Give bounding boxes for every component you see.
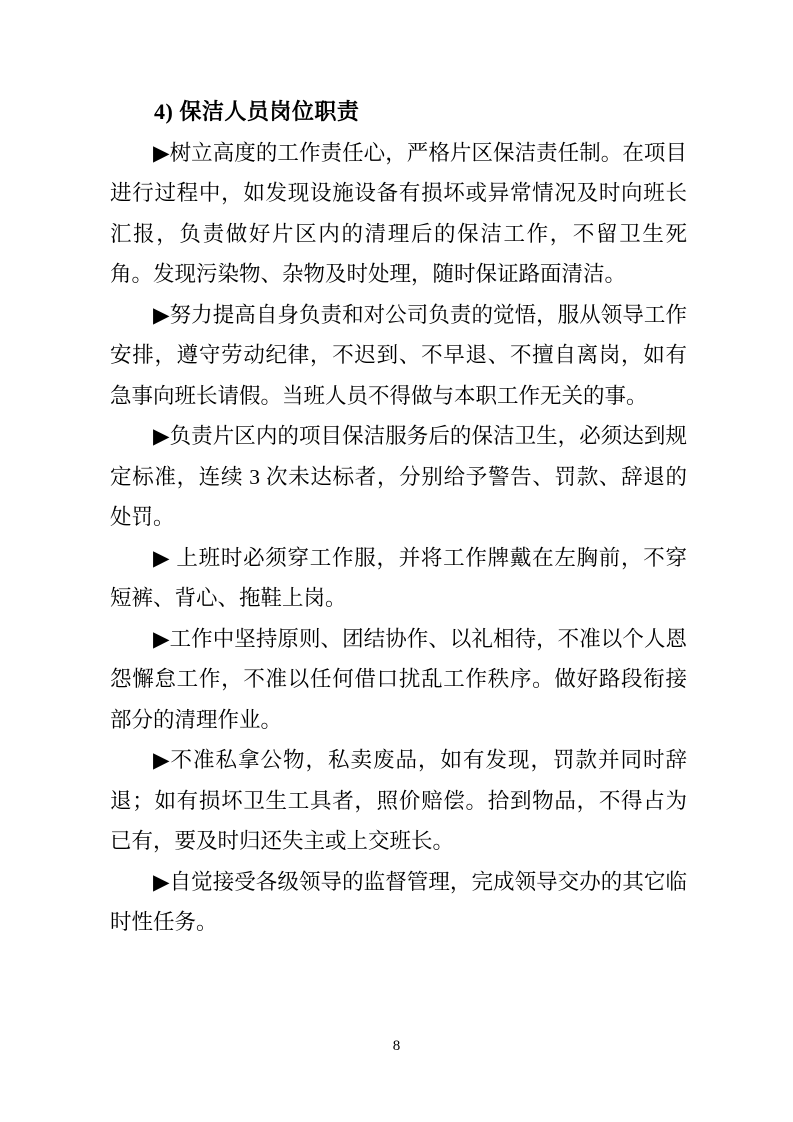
document-body: 4) 保洁人员岗位职责 ▶树立高度的工作责任心，严格片区保洁责任制。在项目进行过… bbox=[110, 92, 687, 943]
paragraph: ▶不准私拿公物，私卖废品，如有发现，罚款并同时辞退；如有损坏卫生工具者，照价赔偿… bbox=[110, 740, 687, 862]
section-heading: 4) 保洁人员岗位职责 bbox=[110, 92, 687, 133]
paragraph: ▶负责片区内的项目保洁服务后的保洁卫生，必须达到规定标准，连续 3 次未达标者，… bbox=[110, 416, 687, 538]
paragraph: ▶工作中坚持原则、团结协作、以礼相待，不准以个人恩怨懈怠工作，不准以任何借口扰乱… bbox=[110, 619, 687, 741]
paragraph: ▶努力提高自身负责和对公司负责的觉悟，服从领导工作安排，遵守劳动纪律，不迟到、不… bbox=[110, 295, 687, 417]
document-page: 4) 保洁人员岗位职责 ▶树立高度的工作责任心，严格片区保洁责任制。在项目进行过… bbox=[0, 0, 793, 1122]
paragraph: ▶树立高度的工作责任心，严格片区保洁责任制。在项目进行过程中，如发现设施设备有损… bbox=[110, 133, 687, 295]
page-number: 8 bbox=[0, 1036, 793, 1056]
paragraph: ▶自觉接受各级领导的监督管理，完成领导交办的其它临时性任务。 bbox=[110, 862, 687, 943]
paragraph: ▶ 上班时必须穿工作服，并将工作牌戴在左胸前，不穿短裤、背心、拖鞋上岗。 bbox=[110, 538, 687, 619]
